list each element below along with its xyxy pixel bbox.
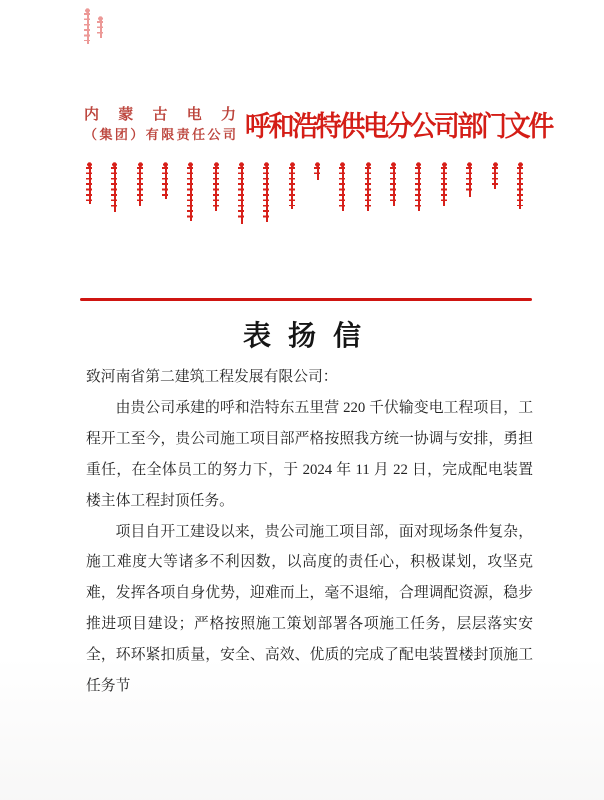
document-banner-title: 呼和浩特供电分公司部门文件 (245, 111, 552, 143)
org-name-line1: 内蒙古电力 (84, 106, 236, 125)
corner-script-mark (84, 8, 91, 44)
mongolian-glyph-column (492, 162, 499, 189)
mongolian-glyph-column (314, 162, 321, 180)
mongolian-glyph-column (86, 162, 93, 204)
org-name-line2: （集团）有限责任公司 (84, 127, 236, 143)
mongolian-glyph-column (517, 162, 524, 209)
mongolian-glyph-column (137, 162, 144, 206)
mongolian-glyph-column (415, 162, 422, 211)
letter-body: 致河南省第二建筑工程发展有限公司： 由贵公司承建的呼和浩特东五里营 220 千伏… (86, 362, 533, 702)
mongolian-glyph-column (263, 162, 270, 222)
mongolian-glyph-column (339, 162, 346, 211)
salutation: 致河南省第二建筑工程发展有限公司： (86, 362, 533, 393)
mongolian-glyph-column (365, 162, 372, 211)
mongolian-glyph-column (213, 162, 220, 211)
letter-paragraph: 由贵公司承建的呼和浩特东五里营 220 千伏输变电工程项目，工程开工至今，贵公司… (86, 393, 533, 517)
mongolian-glyph-column (289, 162, 296, 209)
letter-title: 表扬信 (0, 314, 604, 354)
red-separator-rule (80, 298, 532, 301)
mongolian-glyph-column (162, 162, 169, 199)
corner-script-mark (97, 16, 104, 38)
mongolian-script-row (86, 162, 524, 226)
letter-paragraph: 项目自开工建设以来，贵公司施工项目部，面对现场条件复杂，施工难度大等诸多不利因数… (86, 517, 533, 702)
letterhead: 内蒙古电力 （集团）有限责任公司 呼和浩特供电分公司部门文件 (84, 106, 540, 143)
org-name-block: 内蒙古电力 （集团）有限责任公司 (84, 106, 236, 143)
document-page: 内蒙古电力 （集团）有限责任公司 呼和浩特供电分公司部门文件 表扬信 致河南省第… (0, 0, 604, 800)
mongolian-glyph-column (238, 162, 245, 224)
mongolian-glyph-column (466, 162, 473, 197)
mongolian-glyph-column (441, 162, 448, 206)
mongolian-glyph-column (111, 162, 118, 212)
mongolian-glyph-column (390, 162, 397, 206)
mongolian-glyph-column (187, 162, 194, 221)
